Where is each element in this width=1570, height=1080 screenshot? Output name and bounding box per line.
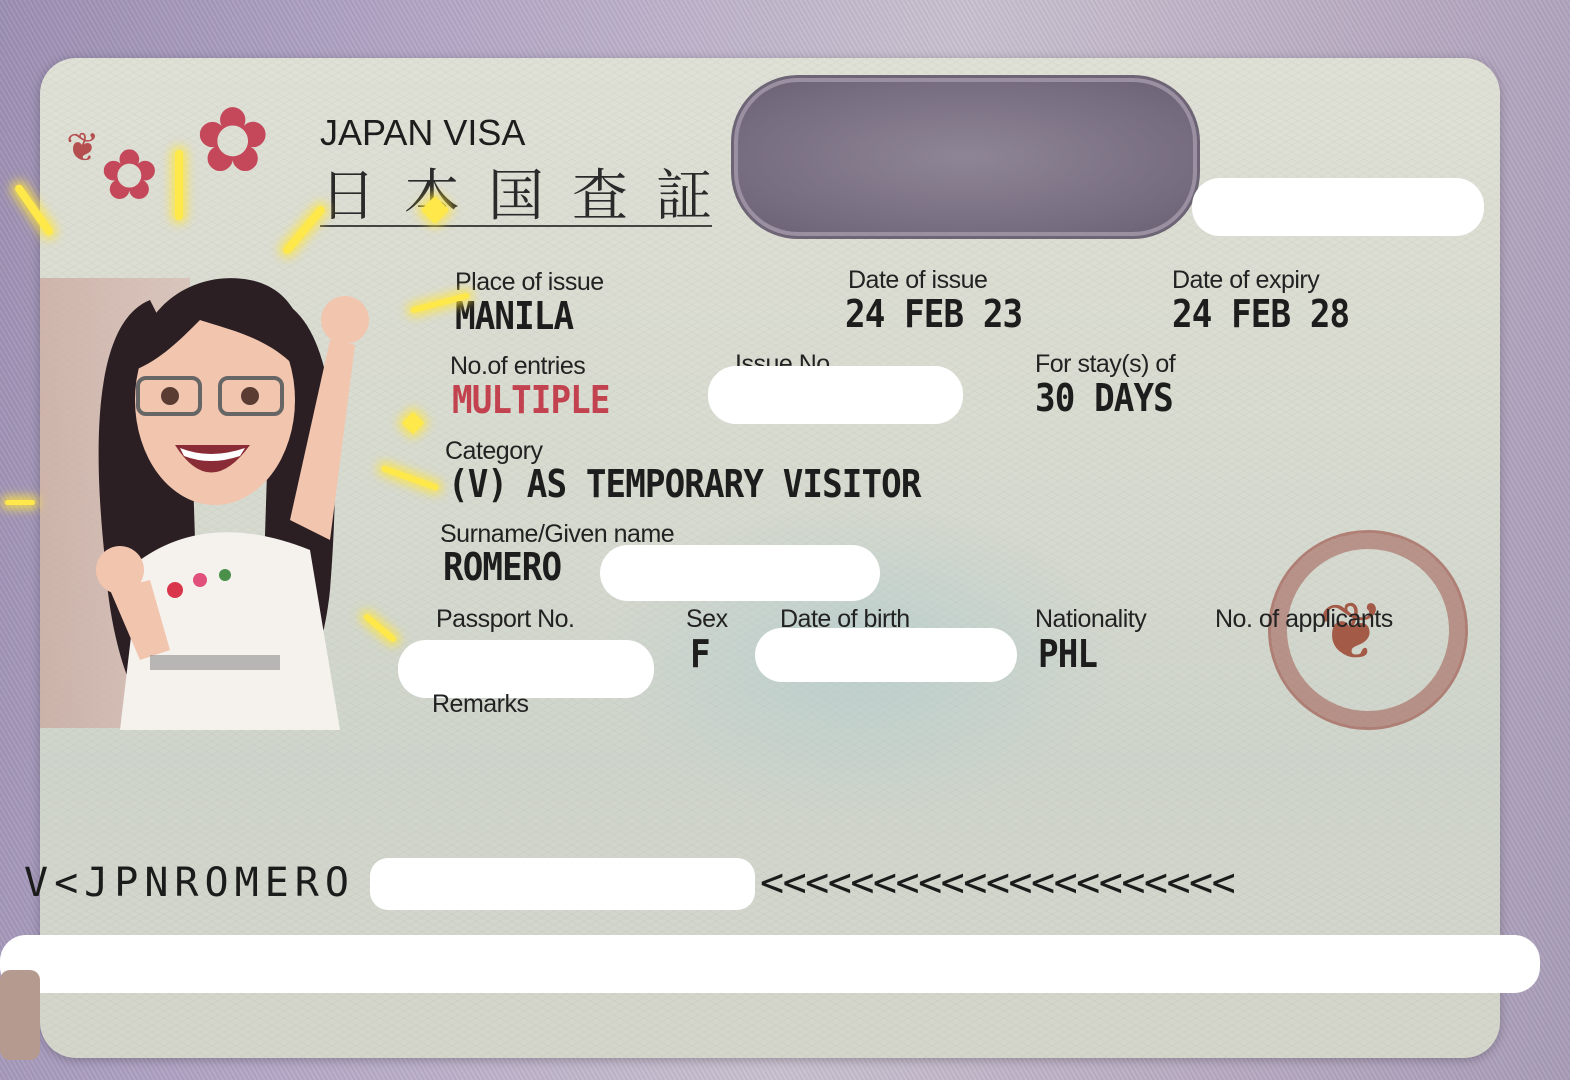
nationality-label: Nationality xyxy=(1035,605,1146,634)
for-stay-value: 30 DAYS xyxy=(1035,376,1173,420)
title-underline xyxy=(320,225,712,227)
place-of-issue-value: MANILA xyxy=(455,294,573,338)
category-value: (V) AS TEMPORARY VISITOR xyxy=(448,462,921,506)
date-of-issue-label: Date of issue xyxy=(848,266,987,295)
redaction-mrz-line2 xyxy=(0,935,1540,993)
cartoon-avatar xyxy=(80,260,410,730)
sex-label: Sex xyxy=(686,605,728,634)
redaction-dob xyxy=(755,628,1017,682)
remarks-label: Remarks xyxy=(432,690,529,719)
sparkle-icon xyxy=(5,500,35,505)
sex-value: F xyxy=(690,632,710,676)
sakura-flower-icon: ✿ xyxy=(100,140,159,210)
applicants-label: No. of applicants xyxy=(1215,605,1393,634)
passport-no-label: Passport No. xyxy=(436,605,575,634)
date-of-expiry-value: 24 FEB 28 xyxy=(1172,292,1349,336)
sakura-flower-icon: ✿ xyxy=(195,96,270,186)
sparkle-icon xyxy=(175,150,183,220)
visa-title-jp: 日本国査証 xyxy=(320,152,740,232)
for-stay-label: For stay(s) of xyxy=(1035,350,1175,379)
place-of-issue-label: Place of issue xyxy=(455,268,604,297)
mrz-line1-filler: <<<<<<<<<<<<<<<<<<<<< xyxy=(760,860,1234,906)
entries-label: No.of entries xyxy=(450,352,585,381)
nationality-value: PHL xyxy=(1038,632,1097,676)
redaction-top-right xyxy=(1192,178,1484,236)
redaction-mrz-line1 xyxy=(370,858,755,910)
date-of-issue-value: 24 FEB 23 xyxy=(845,292,1022,336)
redaction-issue-no xyxy=(708,366,963,424)
entries-value: MULTIPLE xyxy=(452,378,610,422)
date-of-expiry-label: Date of expiry xyxy=(1172,266,1319,295)
mrz-line1-prefix: V<JPNROMERO xyxy=(24,860,355,906)
redaction-given-name xyxy=(600,545,880,601)
finger xyxy=(0,970,40,1060)
name-value: ROMERO xyxy=(443,545,561,589)
hologram-seal xyxy=(738,82,1193,232)
visa-title-en: JAPAN VISA xyxy=(320,112,525,154)
sakura-branch-icon: ❦ xyxy=(66,128,100,168)
